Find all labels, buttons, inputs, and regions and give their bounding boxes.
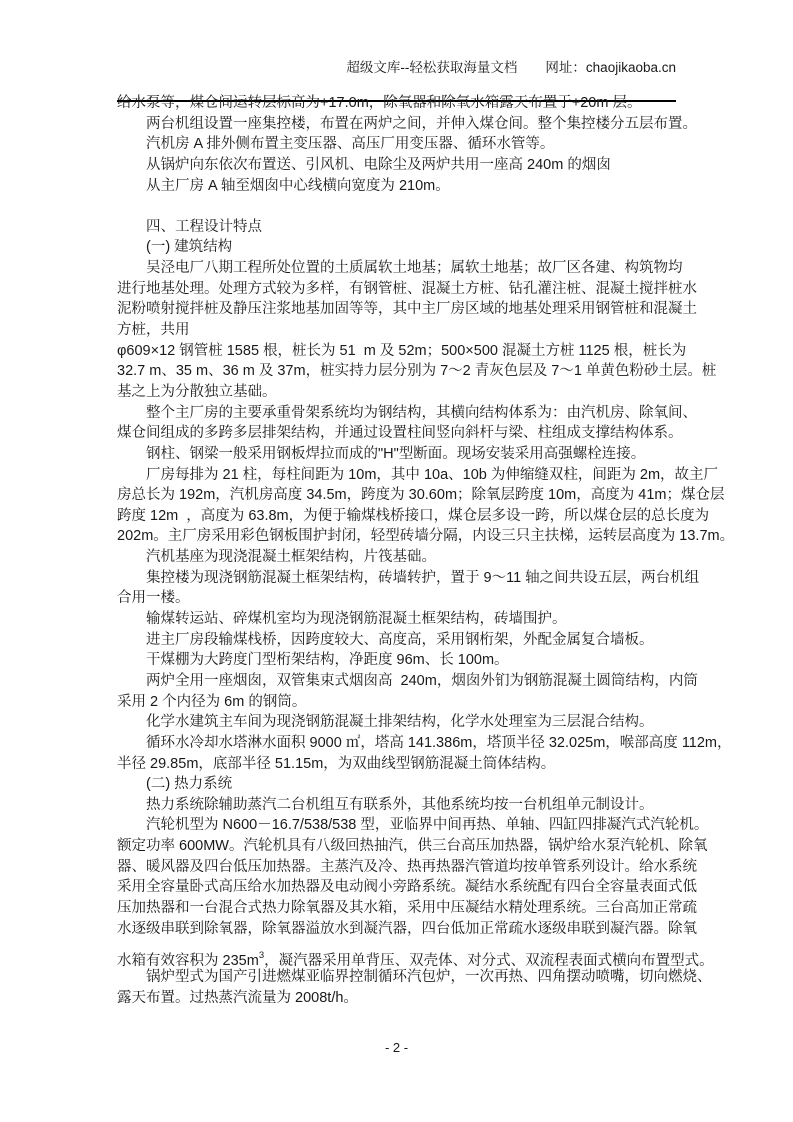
text-line: φ609×12 钢管桩 1585 根，桩长为 51 m 及 52m；500×50…	[117, 341, 682, 362]
text-line: 从主厂房 A 轴至烟囱中心线横向宽度为 210m。	[117, 176, 682, 197]
text-line: 采用全容量卧式高压给水加热器及电动阀小旁路系统。凝结水系统配有四台全容量表面式低	[117, 877, 682, 898]
text-line: 集控楼为现浇钢筋混凝土框架结构，砖墙转护，置于 9～11 轴之间共设五层，两台机…	[117, 568, 682, 589]
text-line: 水逐级串联到除氧器，除氧器溢放水到凝汽器，四台低加正常疏水逐级串联到凝汽器。除氧	[117, 919, 682, 940]
text-line: 汽机房 A 排外侧布置主变压器、高压厂用变压器、循环水管等。	[117, 134, 682, 155]
text-line: 化学水建筑主车间为现浇钢筋混凝土排架结构，化学水处理室为三层混合结构。	[117, 712, 682, 733]
page-footer: - 2 -	[0, 1040, 793, 1055]
text-line: 露天布置。过热蒸汽流量为 2008t/h。	[117, 988, 682, 1009]
document-page: 超级文库--轻松获取海量文档网址：chaojikaoba.cn 给水泵等，煤仓间…	[0, 0, 793, 1122]
text-line: 32.7 m、35 m、36 m 及 37m，桩实持力层分别为 7～2 青灰色层…	[117, 361, 682, 382]
text-line: 汽轮机型为 N600－16.7/538/538 型，亚临界中间再热、单轴、四缸四…	[117, 815, 682, 836]
text-line: 合用一楼。	[117, 588, 682, 609]
text-line: 钢柱、钢梁一般采用钢板焊拉而成的"H"型断面。现场安装采用高强螺栓连接。	[117, 444, 682, 465]
text-line: 锅炉型式为国产引进燃煤亚临界控制循环汽包炉，一次再热、四角摆动喷嘴，切向燃烧、	[117, 967, 682, 988]
text-line: 给水泵等，煤仓间运转层标高为+17.0m，除氧器和除氧水箱露天布置于+20m 层…	[117, 93, 682, 114]
text-line: 从锅炉向东依次布置送、引风机、电除尘及两炉共用一座高 240m 的烟囱	[117, 155, 682, 176]
text-line: 压加热器和一台混合式热力除氧器及其水箱，采用中压凝结水精处理系统。三台高加正常疏	[117, 898, 682, 919]
header-site-url: 网址：chaojikaoba.cn	[545, 60, 676, 75]
text-line: 两台机组设置一座集控楼，布置在两炉之间，并伸入煤仓间。整个集控楼分五层布置。	[117, 114, 682, 135]
text-line: 泥粉喷射搅拌桩及静压注浆地基加固等等，其中主厂房区域的地基处理采用钢管桩和混凝土	[117, 299, 682, 320]
text-line: 水箱有效容积为 235m3，凝汽器采用单背压、双壳体、对分式、双流程表面式横向布…	[117, 946, 682, 967]
text-line: 器、暖风器及四台低压加热器。主蒸汽及冷、热再热器汽管道均按单管系列设计。给水系统	[117, 857, 682, 878]
text-line: 两炉全用一座烟囱，双管集束式烟囱高 240m，烟囱外钔为钢筋混凝土圆筒结构，内筒	[117, 671, 682, 692]
text-line: 四、工程设计特点	[117, 217, 682, 238]
text-line: 方桩，共用	[117, 320, 682, 341]
text-line: 房总长为 192m，汽机房高度 34.5m，跨度为 30.60m；除氧层跨度 1…	[117, 485, 682, 506]
text-line: 整个主厂房的主要承重骨架系统均为钢结构，其横向结构体系为：由汽机房、除氧间、	[117, 403, 682, 424]
text-line	[117, 196, 682, 217]
text-line: 半径 29.85m，底部半径 51.15m，为双曲线型钢筋混凝土筒体结构。	[117, 754, 682, 775]
page-number: - 2 -	[385, 1040, 408, 1055]
text-line: 热力系统除辅助蒸汽二台机组互有联系外，其他系统均按一台机组单元制设计。	[117, 795, 682, 816]
text-line: 煤仓间组成的多跨多层排架结构，并通过设置柱间竖向斜杆与梁、柱组成支撑结构体系。	[117, 423, 682, 444]
text-line: 额定功率 600MW。汽轮机具有八级回热抽汽，供三台高压加热器，锅炉给水泵汽轮机…	[117, 836, 682, 857]
text-line: 进行地基处理。处理方式较为多样，有钢管桩、混凝土方桩、钻孔灌注桩、混凝土搅拌桩水	[117, 279, 682, 300]
text-line: 吴泾电厂八期工程所处位置的土质属软土地基；属软土地基；故厂区各建、构筑物均	[117, 258, 682, 279]
text-line: 汽机基座为现浇混凝土框架结构，片筏基础。	[117, 547, 682, 568]
text-line: 跨度 12m ，高度为 63.8m，为便于输煤栈桥接口，煤仓层多设一跨，所以煤仓…	[117, 506, 682, 527]
document-body: 给水泵等，煤仓间运转层标高为+17.0m，除氧器和除氧水箱露天布置于+20m 层…	[117, 93, 682, 1008]
text-line: (一) 建筑结构	[117, 237, 682, 258]
text-line: 循环水冷却水塔淋水面积 9000 ㎡，塔高 141.386m，塔顶半径 32.0…	[117, 733, 682, 754]
header-brand: 超级文库--轻松获取海量文档	[346, 60, 517, 75]
text-line: 202m。主厂房采用彩色钢板围护封闭，轻型砖墙分隔，内设三只主扶梯，运转层高度为…	[117, 526, 682, 547]
text-line: 输煤转运站、碎煤机室均为现浇钢筋混凝土框架结构，砖墙围护。	[117, 609, 682, 630]
text-line: (二) 热力系统	[117, 774, 682, 795]
text-line: 厂房每排为 21 柱，每柱间距为 10m，其中 10a、10b 为伸缩缝双柱，间…	[117, 465, 682, 486]
text-line: 采用 2 个内径为 6m 的钢筒。	[117, 692, 682, 713]
text-line: 进主厂房段输煤栈桥，因跨度较大、高度高，采用钢桁架，外配金属复合墙板。	[117, 630, 682, 651]
text-line: 基之上为分散独立基础。	[117, 382, 682, 403]
text-line: 干煤棚为大跨度门型桁架结构，净距度 96m、长 100m。	[117, 650, 682, 671]
